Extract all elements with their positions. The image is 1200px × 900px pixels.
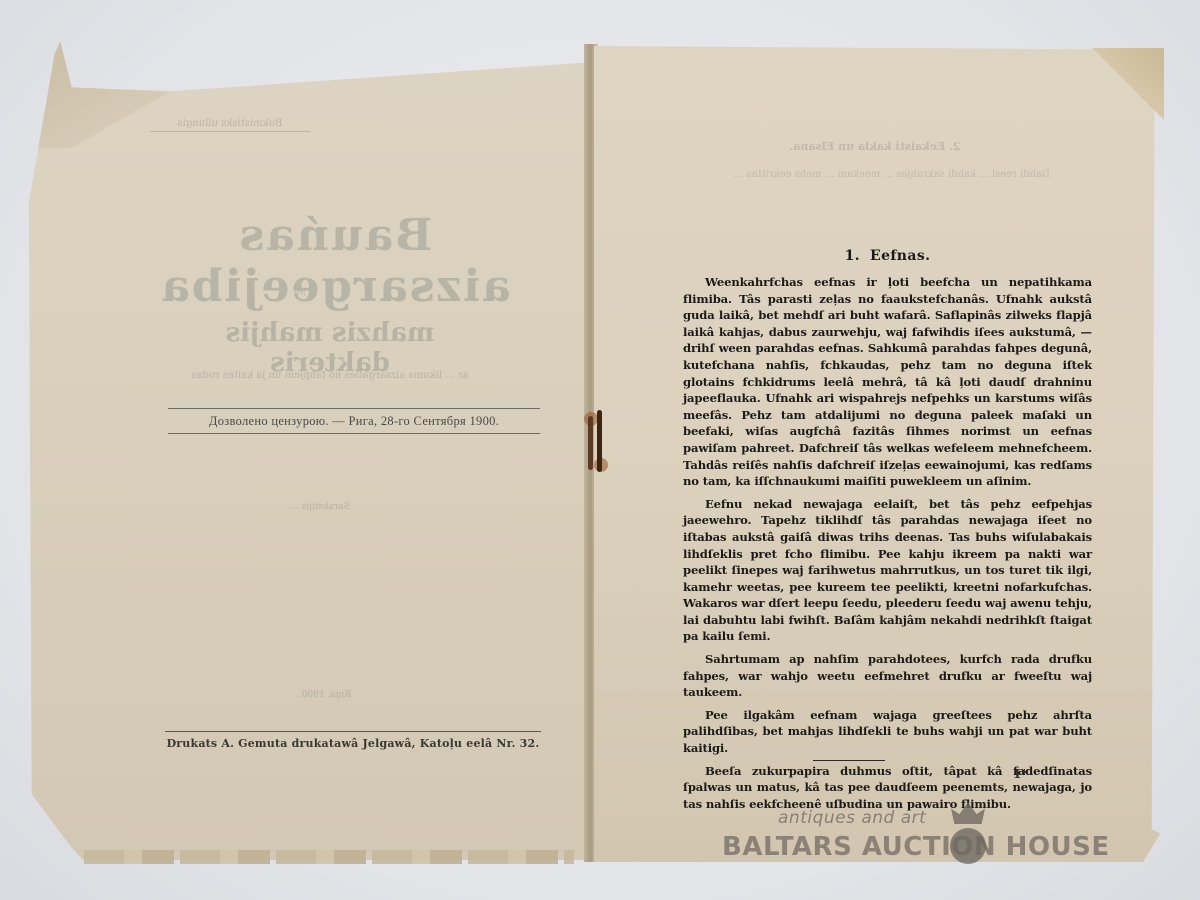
article: 1.Eefnas. Weenkahrfchas eefnas ir ļoti b… <box>683 248 1092 818</box>
crown-logo-icon <box>950 802 986 868</box>
right-bleed-lines: Dahdi reesi ... kahdi sakrahjas ... meek… <box>630 168 1050 182</box>
left-bleed-header: Bukinistisks ullungis <box>150 118 310 132</box>
left-bleed-subline: ar ... likums aizsargaties no fahpjem un… <box>160 370 500 381</box>
section-number: 1. <box>845 248 860 264</box>
section-end-rule <box>813 760 885 761</box>
paragraph: Eefnu nekad newajaga eelaiſt, bet tâs pe… <box>683 496 1092 645</box>
signature-mark: 1* <box>1013 767 1028 781</box>
paragraph: Beeſa zukurpapira duhmus oſtit, tâpat kâ… <box>683 763 1092 813</box>
left-bleed-middle: Sarakstijis ... <box>280 500 360 514</box>
left-bleed-title: Bauńas aizsargeejiba <box>150 210 520 312</box>
paragraph: Sahrtumam ap nahſim parahdotees, kurfch … <box>683 651 1092 701</box>
left-page-torn-edge <box>84 850 574 864</box>
right-bleed-heading: 2. Eekaisti kakla un Elsana. <box>710 140 1040 153</box>
staple-leg <box>597 410 602 472</box>
censorship-line: Дозволено цензурою. — Рига, 28-го Сентяб… <box>168 408 540 434</box>
printer-text: Drukats A. Gemuta drukatawâ Jelgawâ, Kat… <box>167 737 540 750</box>
crown-icon <box>951 802 985 824</box>
staple-icon <box>586 410 606 474</box>
watermark-name: BALTARS AUCTION HOUSE <box>722 832 1110 862</box>
watermark-tagline: antiques and art <box>778 808 926 828</box>
paragraph: Pee ilgakâm eefnam wajaga greeſtees pehz… <box>683 707 1092 757</box>
left-bleed-bottom: Riga, 1900. <box>280 690 370 700</box>
auction-house-watermark: antiques and art BALTARS AUCTION HOUSE <box>722 808 1122 868</box>
paragraph: Weenkahrfchas eefnas ir ļoti beefcha un … <box>683 274 1092 490</box>
censorship-text: Дозволено цензурою. — Рига, 28-го Сентяб… <box>209 414 499 429</box>
section-heading: 1.Eefnas. <box>683 248 1092 264</box>
left-bleed-connector: jeb <box>270 288 330 296</box>
staple-leg <box>588 416 593 470</box>
section-title: Eefnas. <box>870 248 930 264</box>
left-bleed-subtitle: mahzis mahjis dakteris <box>200 318 460 378</box>
printer-imprint: Drukats A. Gemuta drukatawâ Jelgawâ, Kat… <box>165 731 541 754</box>
orb-icon <box>950 828 986 864</box>
folded-corner <box>1086 48 1164 128</box>
